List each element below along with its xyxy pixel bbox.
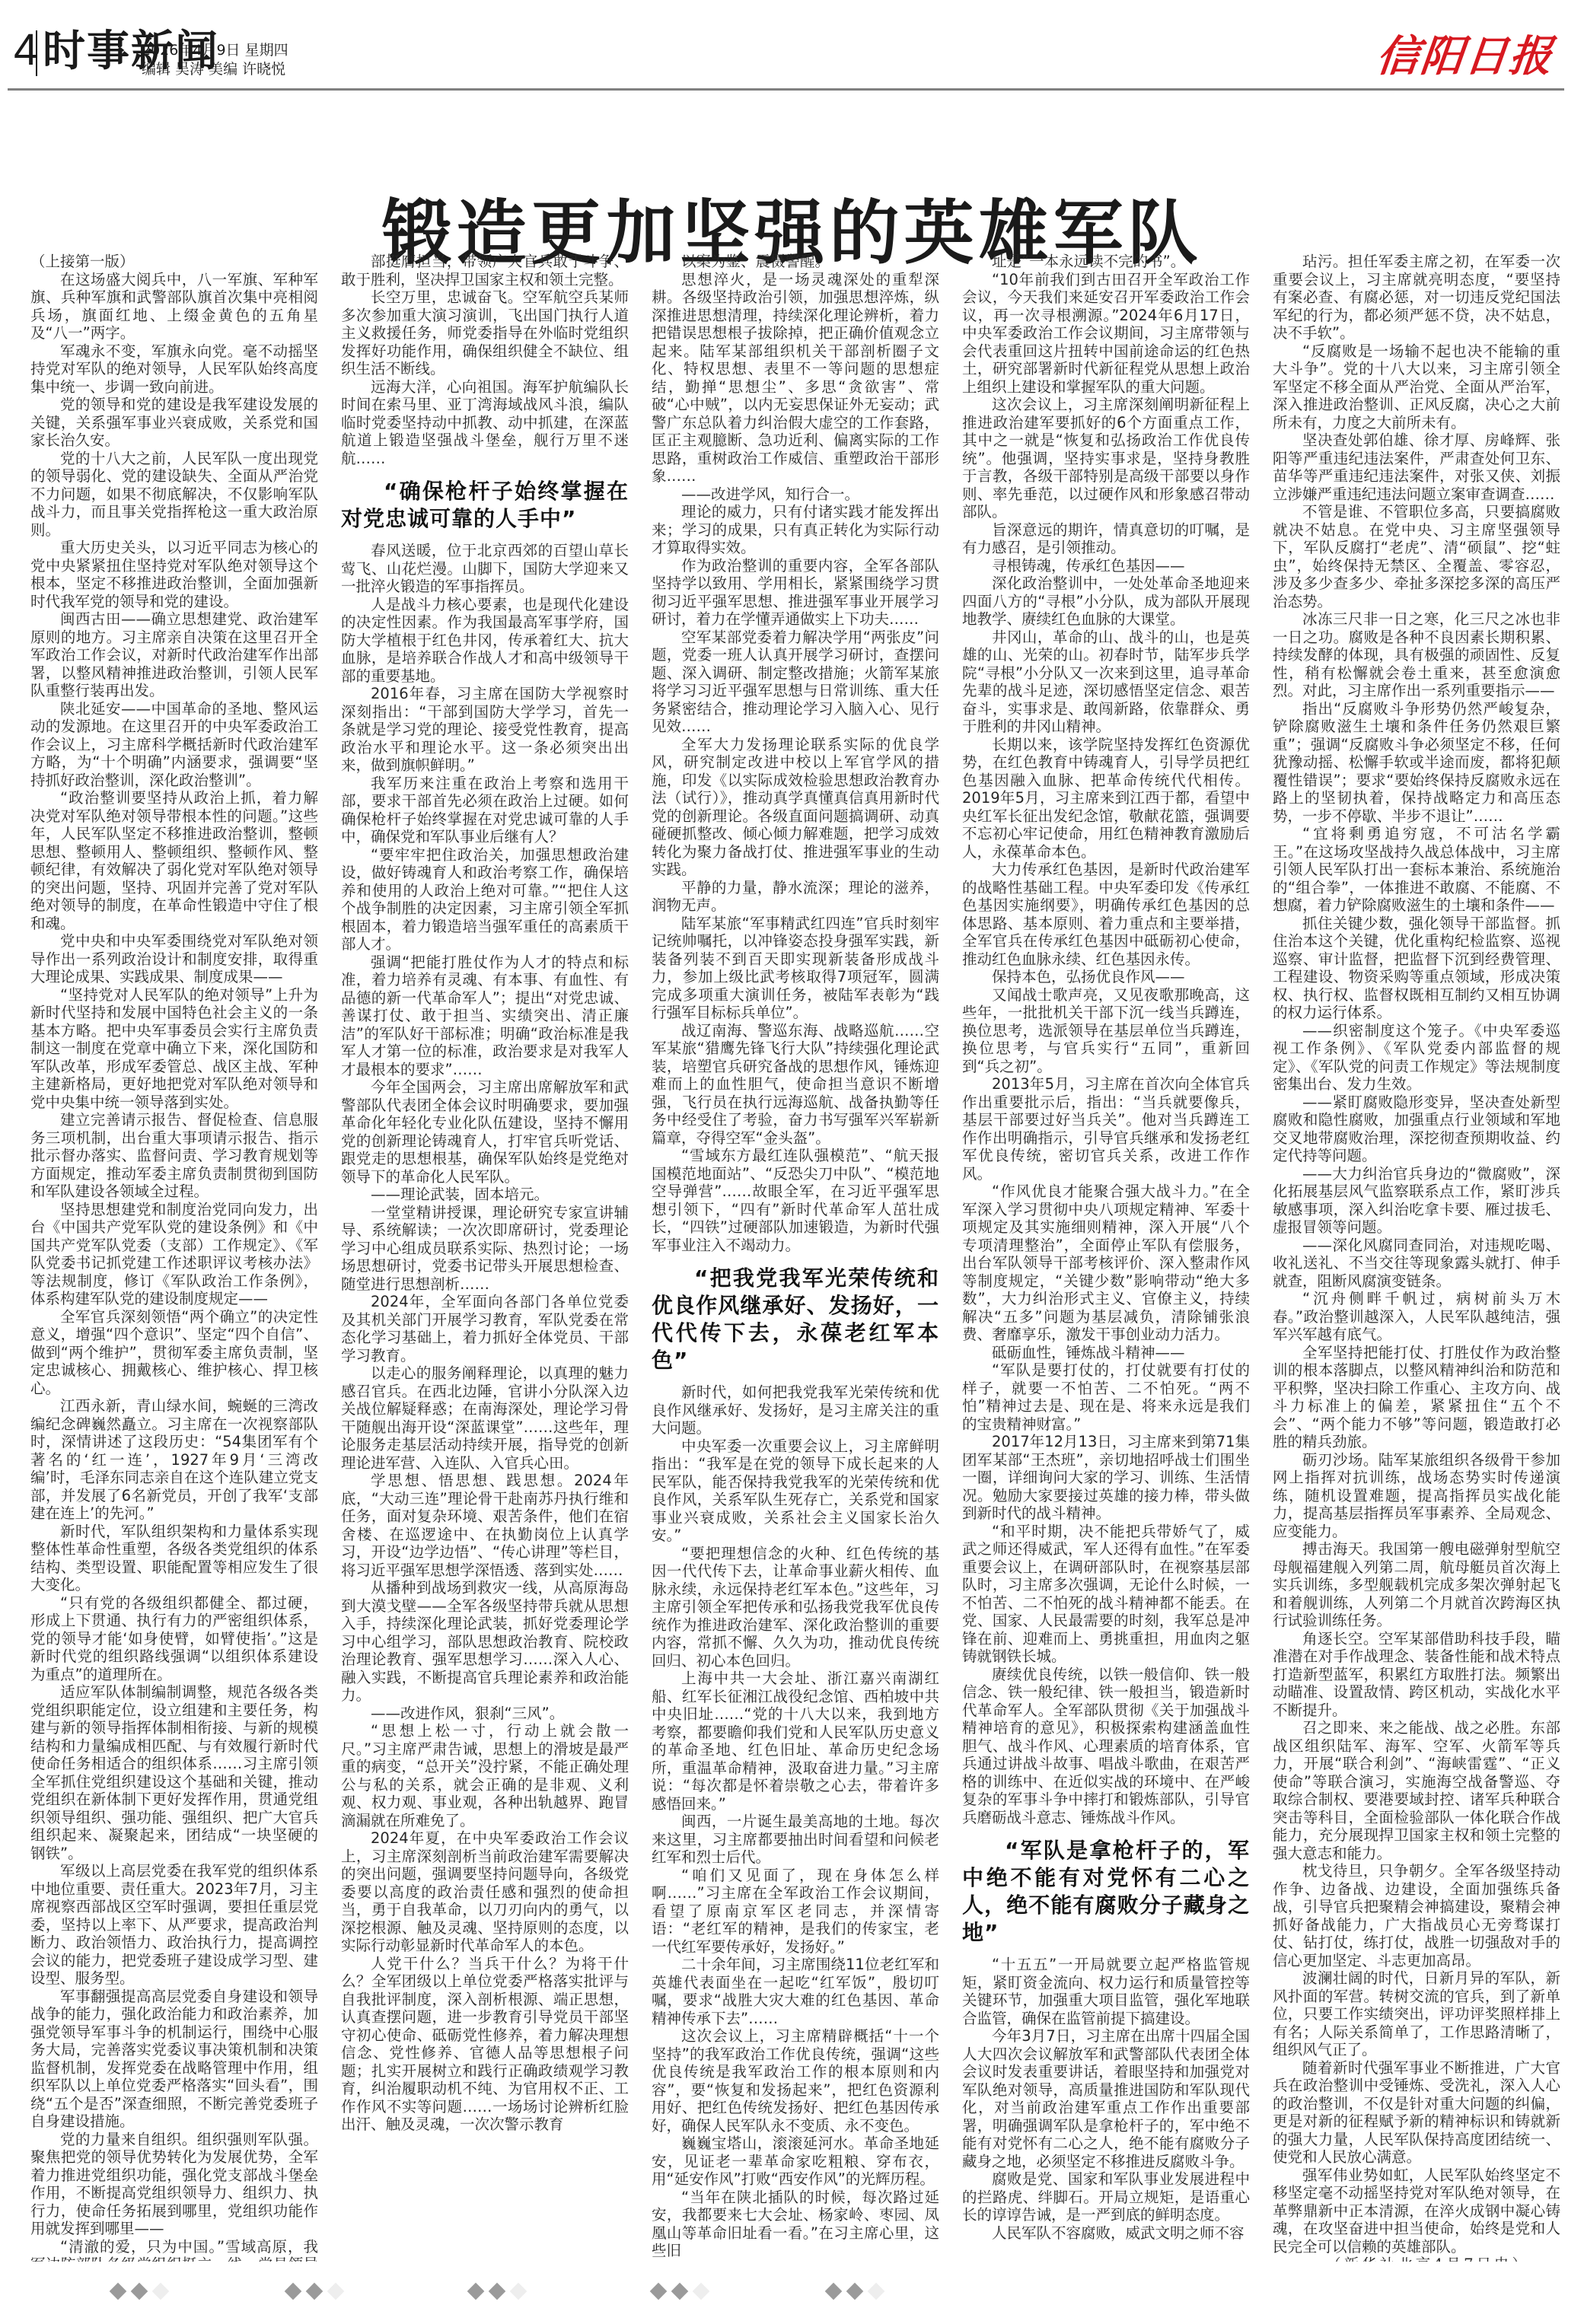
paragraph: “10年前我们到古田召开全军政治工作会议，今天我们来延安召开军委政治工作会议，再… xyxy=(962,271,1250,396)
paragraph: 从播种到战场到救灾一线，从高原海岛到大漠戈壁——全军各级坚持带兵就从思想入手，持… xyxy=(341,1579,629,1705)
paragraph: 这次会议上，习主席深刻阐明新征程上推进政治建军要抓好的6个方面重点工作，其中之一… xyxy=(962,396,1250,521)
column-2-paragraphs: 部挺膺担当，带领广大官兵敢于斗争、敢于胜利，坚决捍卫国家主权和领土完整。长空万里… xyxy=(341,253,629,467)
paragraph: 今年3月7日，习主席在出席十四届全国人大四次会议解放军和武警部队代表团全体会议时… xyxy=(962,2027,1250,2170)
diamond-ornament-icon xyxy=(112,2285,167,2297)
diamond-icon xyxy=(152,2283,170,2300)
paragraph: 这次会议上，习主席精辟概括“十一个坚持”的我军政治工作优良传统，强调“这些优良传… xyxy=(652,2027,939,2135)
paragraph: 随着新时代强军事业不断推进，广大官兵在政治整训中受锤炼、受洗礼，深入人心的政治整… xyxy=(1273,2059,1560,2166)
paragraph: 腐败是党、国家和军队事业发展进程中的拦路虎、绊脚石。开局立规矩，是语重心长的谆谆… xyxy=(962,2170,1250,2224)
diamond-ornament-icon xyxy=(287,2285,342,2297)
paragraph: 全军大力发扬理论联系实际的优良学风，研究制定改进中校以上军官学风的措施，印发《以… xyxy=(652,736,939,879)
paragraph: 思想淬火，是一场灵魂深处的重犁深耕。各级坚持政治引领，加强思想淬炼，纵深推进思想… xyxy=(652,271,939,485)
paragraph: 在这场盛大阅兵中，八一军旗、军种军旗、兵种军旗和武警部队旗首次集中亮相阅兵场，旗… xyxy=(30,271,318,342)
paragraph: 强调“把能打胜仗作为人才的特点和标准，着力培养有灵魂、有本事、有血性、有品德的新… xyxy=(341,953,629,1079)
diamond-ornament-icon xyxy=(470,2285,524,2297)
paragraph: 全军官兵深刻领悟“两个确立”的决定性意义，增强“四个意识”、坚定“四个自信”、做… xyxy=(30,1308,318,1398)
column-1-paragraphs: 在这场盛大阅兵中，八一军旗、军种军旗、兵种军旗和武警部队旗首次集中亮相阅兵场，旗… xyxy=(30,271,318,2262)
paragraph: 指出“反腐败斗争形势仍然严峻复杂，铲除腐败滋生土壤和条件任务仍然艰巨繁重”；强调… xyxy=(1273,700,1560,826)
paragraph: “要把理想信念的火种、红色传统的基因一代代传下去，让革命事业薪火相传、血脉永续，… xyxy=(652,1545,939,1670)
column-4-paragraphs-after: “十五五”一开局就要立起严格监管规矩，紧盯资金流向、权力运行和质量管控等关键环节… xyxy=(962,1956,1250,2242)
diamond-ornament-icon xyxy=(652,2285,707,2297)
paragraph: 理论的威力，只有付诸实践才能发挥出来；学习的成果，只有真正转化为实际行动才算取得… xyxy=(652,503,939,557)
paragraph: “宜将剩勇追穷寇，不可沽名学霸王。”在这场攻坚战持久战总体战中，习主席引领人民军… xyxy=(1273,825,1560,915)
paragraph: 今年全国两会，习主席出席解放军和武警部队代表团全体会议时明确要求，要加强革命化年… xyxy=(341,1078,629,1186)
paragraph: “只有党的各级组织都健全、都过硬，形成上下贯通、执行有力的严密组织体系，党的领导… xyxy=(30,1594,318,1684)
column-5: 玷污。担任军委主席之初，在军委一次重要会议上，习主席就亮明态度，“要坚持有案必查… xyxy=(1273,253,1560,2262)
paragraph: “要牢牢把住政治关，加强思想政治建设，做好铸魂育人和政治考察工作，确保培养和使用… xyxy=(341,846,629,953)
paragraph: 部挺膺担当，带领广大官兵敢于斗争、敢于胜利，坚决捍卫国家主权和领土完整。 xyxy=(341,253,629,288)
paragraph: 搏击海天。我国第一艘电磁弹射型航空母舰福建舰入列第二周，航母艇员首次海上实兵训练… xyxy=(1273,1540,1560,1630)
paragraph: 抓住关键少数，强化领导干部监督。抓住治本这个关键，优化重构纪检监察、巡视巡察、审… xyxy=(1273,915,1560,1022)
paragraph: 2013年5月，习主席在首次向全体官兵作出重要批示后，指出：“当兵就要像兵，基层… xyxy=(962,1075,1250,1183)
paragraph: 长空万里，忠诚奋飞。空军航空兵某师多次参加重大演习演训，飞出国门执行人道主义救援… xyxy=(341,288,629,378)
paragraph: “坚持党对人民军队的绝对领导”上升为新时代坚持和发展中国特色社会主义的一条基本方… xyxy=(30,986,318,1112)
diamond-icon xyxy=(671,2283,689,2300)
diamond-icon xyxy=(467,2283,485,2300)
paragraph: 玷污。担任军委主席之初，在军委一次重要会议上，习主席就亮明态度，“要坚持有案必查… xyxy=(1273,253,1560,342)
paragraph: 2024年，全军面向各部门各单位党委及其机关部门开展学习教育，军队党委在常态化学… xyxy=(341,1293,629,1364)
paragraph: 大力传承红色基因，是新时代政治建军的战略性基础工程。中央军委印发《传承红色基因实… xyxy=(962,861,1250,968)
diamond-icon xyxy=(650,2283,668,2300)
paragraph: ——深化风腐同查同治，对违规吃喝、收礼送礼、不当交往等现象露头就打、伸手就查，阻… xyxy=(1273,1237,1560,1291)
paragraph: 以走心的服务阐释理论，以真理的魅力感召官兵。在西北边陲，官讲小分队深入边关战位解… xyxy=(341,1364,629,1472)
paragraph: 冰冻三尺非一日之寒，化三尺之冰也非一日之功。腐败是各种不良因素长期积累、持续发酵… xyxy=(1273,610,1560,700)
paragraph: 远海大洋，心向祖国。海军护航编队长时间在索马里、亚丁湾海域战风斗浪，编队临时党委… xyxy=(341,378,629,468)
paragraph: 人民军队不容腐败，威武文明之师不容 xyxy=(962,2224,1250,2243)
paragraph: 陆军某旅“军事精武红四连”官兵时刻牢记统帅嘱托，以冲锋姿态投身强军实践，新装备列… xyxy=(652,915,939,1022)
paragraph: 人是战斗力核心要素，也是现代化建设的决定性因素。作为我国最高军事学府，国防大学植… xyxy=(341,596,629,686)
paragraph: 军事翻强提高高层党委自身建设和领导战争的能力，强化政治能力和政治素养，加强党领导… xyxy=(30,1988,318,2131)
paragraph: 又闻战士歌声亮，又见夜歌那晚高，这些年，一批批机关干部下沉一线当兵蹲连，换位思考… xyxy=(962,986,1250,1076)
paragraph: “清澈的爱，只为中国。”雪域高原，我军边防部队各级党组织挺立一线，党员领导干 xyxy=(30,2238,318,2262)
paragraph: 闽西古田——确立思想建党、政治建军原则的地方。习主席亲自决策在这里召开全军政治工… xyxy=(30,610,318,700)
diamond-ornament-icon xyxy=(827,2285,882,2297)
paragraph: 坚持思想建党和制度治党同向发力，出台《中国共产党军队党的建设条例》和《中国共产党… xyxy=(30,1201,318,1308)
column-5-paragraphs: 玷污。担任军委主席之初，在军委一次重要会议上，习主席就亮明态度，“要坚持有案必查… xyxy=(1273,253,1560,2256)
paragraph: 角逐长空。空军某部借助科技手段，瞄准潜在对手作战理念、装备性能和战术特点打造新型… xyxy=(1273,1630,1560,1720)
paragraph: “雪域东方最红连队强模范”、“航天报国模范地面站”、“反恐尖刀中队”、“模范地空… xyxy=(652,1147,939,1254)
paragraph: 新时代，军队组织架构和力量体系实现整体性革命性重塑，各级各类党组织的体系结构、类… xyxy=(30,1523,318,1594)
diamond-icon xyxy=(868,2283,885,2300)
paragraph: 党的力量来自组织。组织强则军队强。聚焦把党的领导优势转化为发展优势，全军着力推进… xyxy=(30,2131,318,2238)
diamond-icon xyxy=(846,2283,864,2300)
paragraph: 全军坚持把能打仗、打胜仗作为政治整训的根本落脚点，以整风精神纠治和防范和平积弊，… xyxy=(1273,1344,1560,1451)
paragraph: “沉舟侧畔千帆过，病树前头万木春。”政治整训越深入，人民军队越纯洁，强军兴军越有… xyxy=(1273,1290,1560,1344)
paragraph: 党中央和中央军委围绕党对军队绝对领导作出一系列政治设计和制度安排，取得重大理论成… xyxy=(30,932,318,986)
paragraph: 强军伟业势如虹，人民军队始终坚定不移坚定毫不动摇坚持党对军队绝对领导，在革弊鼎新… xyxy=(1273,2166,1560,2256)
paragraph: 党的十八大之前，人民军队一度出现党的领导弱化、党的建设缺失、全面从严治党不力问题… xyxy=(30,450,318,540)
paragraph: 江西永新，青山绿水间，蜿蜒的三湾改编纪念碑巍然矗立。习主席在一次视察部队时，深情… xyxy=(30,1397,318,1523)
paragraph: 旨深意远的期许，情真意切的叮嘱，是有力感召，是引领推动。 xyxy=(962,521,1250,557)
paragraph: 寻根铸魂，传承红色基因—— xyxy=(962,557,1250,575)
diamond-icon xyxy=(327,2283,345,2300)
paragraph: ——织密制度这个笼子。《中央军委巡视工作条例》、《军队党委内部监督的规定》、《军… xyxy=(1273,1022,1560,1094)
paragraph: 作为政治整训的重要内容，全军各部队坚持学以致用、学用相长，紧紧围绕学习贯彻习近平… xyxy=(652,557,939,629)
diamond-icon xyxy=(285,2283,302,2300)
paragraph: 平静的力量，静水流深；理论的滋养，润物无声。 xyxy=(652,879,939,915)
paragraph: “军队是要打仗的，打仗就要有打仗的样子，就要一不怕苦、二不怕死。“两不怕”精神过… xyxy=(962,1361,1250,1433)
diamond-icon xyxy=(510,2283,527,2300)
paragraph: 召之即来、来之能战、战之必胜。东部战区组织陆军、海军、空军、火箭军等兵力，开展“… xyxy=(1273,1719,1560,1862)
paragraph: ——紧盯腐败隐形变异，坚决查处新型腐败和隐性腐败，加强重点行业领域和军地交叉地带… xyxy=(1273,1094,1560,1165)
paragraph: 战辽南海、警巡东海、战略巡航……空军某旅“猎鹰先锋飞行大队”持续强化理论武装，培… xyxy=(652,1022,939,1148)
paragraph: 深化政治整训中，一处处革命圣地迎来四面八方的“寻根”小分队，成为部队开展现地教学… xyxy=(962,575,1250,629)
paragraph: 中央军委一次重要会议上，习主席鲜明指出：“我军是在党的领导下成长起来的人民军队，… xyxy=(652,1437,939,1545)
subheading-2: “把我党我军光荣传统和优良作风继承好、发扬好，一代代传下去，永葆老红军本色” xyxy=(652,1265,939,1374)
paragraph: ——理论武装，固本培元。 xyxy=(341,1186,629,1204)
paragraph: 保持本色，弘扬优良作风—— xyxy=(962,968,1250,986)
paragraph: 一堂堂精讲授课，理论研究专家宣讲辅导、系统解读；一次次即席研讨，党委理论学习中心… xyxy=(341,1204,629,1294)
paragraph: 我军历来注重在政治上考察和选用干部，要求干部首先必须在政治上过硬。如何确保枪杆子… xyxy=(341,775,629,846)
paragraph: “作风优良才能聚合强大战斗力。”在全军深入学习贯彻中央八项规定精神、军委十项规定… xyxy=(962,1183,1250,1344)
paragraph: 井冈山，革命的山、战斗的山，也是英雄的山、光荣的山。初春时节，陆军步兵学院“寻根… xyxy=(962,629,1250,736)
paragraph: 址是“一本永远读不完的书”。 xyxy=(962,253,1250,271)
diamond-icon xyxy=(131,2283,148,2300)
paragraph: 不管是谁、不管职位多高，只要搞腐败就决不姑息。在党中央、习主席坚强领导下，军队反… xyxy=(1273,503,1560,610)
column-2: 部挺膺担当，带领广大官兵敢于斗争、敢于胜利，坚决捍卫国家主权和领土完整。长空万里… xyxy=(341,253,629,2262)
article-body: （上接第一版） 在这场盛大阅兵中，八一军旗、军种军旗、兵种军旗和武警部队旗首次集… xyxy=(30,253,1560,2262)
paragraph: 砥砺血性，锤炼战斗精神—— xyxy=(962,1344,1250,1362)
diamond-icon xyxy=(110,2283,127,2300)
paragraph: ——改进学风，知行合一。 xyxy=(652,485,939,504)
paragraph: 坚决查处郭伯雄、徐才厚、房峰辉、张阳等严重违纪违法案件，严肃查处何卫东、苗华等严… xyxy=(1273,431,1560,503)
paragraph: 闽西，一片诞生最美高地的土地。每次来这里，习主席都要抽出时间看望和问候老红军和烈… xyxy=(652,1813,939,1867)
paragraph: 长期以来，该学院坚持发挥红色资源优势，在红色教育中铸魂育人，引导学员把红色基因融… xyxy=(962,736,1250,861)
paragraph: 以案为鉴、震慑警醒。 xyxy=(652,253,939,271)
paragraph: “和平时期，决不能把兵带娇气了，威武之师还得威武，军人还得有血性。”在军委重要会… xyxy=(962,1523,1250,1666)
paragraph: 2017年12月13日，习主席来到第71集团军某部“王杰班”，亲切地招呼战士们围… xyxy=(962,1433,1250,1523)
column-3-paragraphs: 以案为鉴、震慑警醒。思想淬火，是一场灵魂深处的重犁深耕。各级坚持政治引领，加强思… xyxy=(652,253,939,1254)
diamond-icon xyxy=(693,2283,710,2300)
page-number: 4 xyxy=(14,27,38,73)
header-divider xyxy=(36,30,37,76)
paragraph: 2016年春，习主席在国防大学视察时深刻指出：“干部到国防大学学习，首先一条就是… xyxy=(341,685,629,775)
diamond-icon xyxy=(306,2283,323,2300)
diamond-icon xyxy=(825,2283,843,2300)
page-header: 4 时事新闻 2026年4月9日 星期四 编辑 吴涛 美编 许晓悦 信阳日报 xyxy=(0,0,1584,91)
paragraph: “反腐败是一场输不起也决不能输的重大斗争”。党的十八大以来，习主席引领全军坚定不… xyxy=(1273,342,1560,432)
paragraph: 军级以上高层党委在我军党的组织体系中地位重要、责任重大。2023年7月，习主席视… xyxy=(30,1862,318,1988)
paragraph: 二十余年间，习主席围绕11位老红军和英雄代表面坐在一起吃“红军饭”，殷切叮嘱，要… xyxy=(652,1956,939,2027)
paragraph: ——大力纠治官兵身边的“微腐败”，深化拓展基层风气监察联系点工作，紧盯涉兵敏感事… xyxy=(1273,1165,1560,1237)
paragraph: “咱们又见面了，现在身体怎么样啊……”习主席在全军政治工作会议期间，看望了原南京… xyxy=(652,1867,939,1956)
issue-date: 2026年4月9日 星期四 xyxy=(142,41,288,60)
newspaper-logo: 信阳日报 xyxy=(1374,23,1557,84)
paragraph: 赓续优良传统，以铁一般信仰、铁一般信念、铁一般纪律、铁一般担当，锻造新时代革命军… xyxy=(962,1666,1250,1827)
paragraph: 党的领导和党的建设是我军建设发展的关键，关系强军事业兴衰成败，关系党和国家长治久… xyxy=(30,396,318,450)
paragraph: “政治整训要坚持从政治上抓，着力解决党对军队绝对领导带根本性的问题。”这些年，人… xyxy=(30,789,318,932)
column-2-paragraphs-after: 春风送暖，位于北京西郊的百望山草长莺飞、山花烂漫。山脚下，国防大学迎来又一批淬火… xyxy=(341,542,629,2134)
paragraph: “当年在陕北插队的时候，每次路过延安，我都要来七大会址、杨家岭、枣园、凤凰山等革… xyxy=(652,2189,939,2260)
column-4-paragraphs: 址是“一本永远读不完的书”。“10年前我们到古田召开全军政治工作会议，今天我们来… xyxy=(962,253,1250,1826)
paragraph: ——改进作风，狠刹“三风”。 xyxy=(341,1705,629,1723)
paragraph: “思想上松一寸，行动上就会散一尺。”习主席严肃告诫，思想上的滑坡是最严重的病变，… xyxy=(341,1722,629,1829)
paragraph: 陕北延安——中国革命的圣地、整风运动的发源地。在这里召开的中央军委政治工作会议上… xyxy=(30,700,318,790)
paragraph: 适应军队体制编制调整，规范各级各类党组织职能定位，设立组建和主要任务，构建与新的… xyxy=(30,1683,318,1862)
paragraph: 新时代，如何把我党我军光荣传统和优良作风继承好、发扬好，是习主席关注的重大问题。 xyxy=(652,1383,939,1437)
subheading-1: “确保枪杆子始终掌握在对党忠诚可靠的人手中” xyxy=(341,478,629,533)
paragraph: “十五五”一开局就要立起严格监管规矩，紧盯资金流向、权力运行和质量管控等关键环节… xyxy=(962,1956,1250,2027)
paragraph: 2024年夏，在中央军委政治工作会议上，习主席深刻剖析当前政治建军需要解决的突出… xyxy=(341,1829,629,1955)
paragraph: 重大历史关头，以习近平同志为核心的党中央紧紧扭住坚持党对军队绝对领导这个根本，坚… xyxy=(30,539,318,610)
diamond-icon xyxy=(489,2283,506,2300)
column-3: 以案为鉴、震慑警醒。思想淬火，是一场灵魂深处的重犁深耕。各级坚持政治引领，加强思… xyxy=(652,253,939,2262)
column-1: （上接第一版） 在这场盛大阅兵中，八一军旗、军种军旗、兵种军旗和武警部队旗首次集… xyxy=(30,253,318,2262)
paragraph: 学思想、悟思想、践思想。2024年底，“大动三连”理论骨干赴南苏丹执行维和任务，… xyxy=(341,1472,629,1579)
paragraph: 枕戈待旦，只争朝夕。全军各级坚持动作争、边备战、边建设，全面加强练兵备战，引导官… xyxy=(1273,1862,1560,1969)
paragraph: 砺刃沙场。陆军某旅组织各级骨干参加网上指挥对抗训练，战场态势实时传递演练，随机设… xyxy=(1273,1451,1560,1541)
paragraph: 人党干什么？当兵干什么？为将干什么？全军团级以上单位党委严格落实批评与自我批评制… xyxy=(341,1955,629,2134)
header-rule xyxy=(8,88,1564,91)
dateline: （新华社北京4月7日电） xyxy=(1273,2256,1560,2262)
column-4: 址是“一本永远读不完的书”。“10年前我们到古田召开全军政治工作会议，今天我们来… xyxy=(962,253,1250,2262)
paragraph: 上海中共一大会址、浙江嘉兴南湖红船、红军长征湘江战役纪念馆、西柏坡中共中央旧址…… xyxy=(652,1670,939,1813)
paragraph: 建立完善请示报告、督促检查、信息服务三项机制，出台重大事项请示报告、指示批示督办… xyxy=(30,1111,318,1201)
column-3-paragraphs-after: 新时代，如何把我党我军光荣传统和优良作风继承好、发扬好，是习主席关注的重大问题。… xyxy=(652,1383,939,2260)
continued-note: （上接第一版） xyxy=(30,253,318,271)
paragraph: 巍巍宝塔山，滚滚延河水。革命圣地延安，见证老一辈革命家吃粗粮、穿布衣，用“延安作… xyxy=(652,2135,939,2189)
issue-meta: 2026年4月9日 星期四 编辑 吴涛 美编 许晓悦 xyxy=(142,41,288,79)
paragraph: 波澜壮阔的时代，日新月异的军队，新风扑面的军营。转树交流的官兵，到了新单位，只要… xyxy=(1273,1969,1560,2059)
paragraph: 军魂永不变，军旗永向党。毫不动摇坚持党对军队的绝对领导，人民军队始终高度集中统一… xyxy=(30,342,318,396)
editor-credits: 编辑 吴涛 美编 许晓悦 xyxy=(142,60,288,79)
paragraph: 空军某部党委着力解决学用“两张皮”问题，党委一班人认真开展学习研讨，查摆问题、深… xyxy=(652,629,939,736)
subheading-3: “军队是拿枪杆子的，军中绝不能有对党怀有二心之人，绝不能有腐败分子藏身之地” xyxy=(962,1837,1250,1947)
paragraph: 春风送暖，位于北京西郊的百望山草长莺飞、山花烂漫。山脚下，国防大学迎来又一批淬火… xyxy=(341,542,629,596)
